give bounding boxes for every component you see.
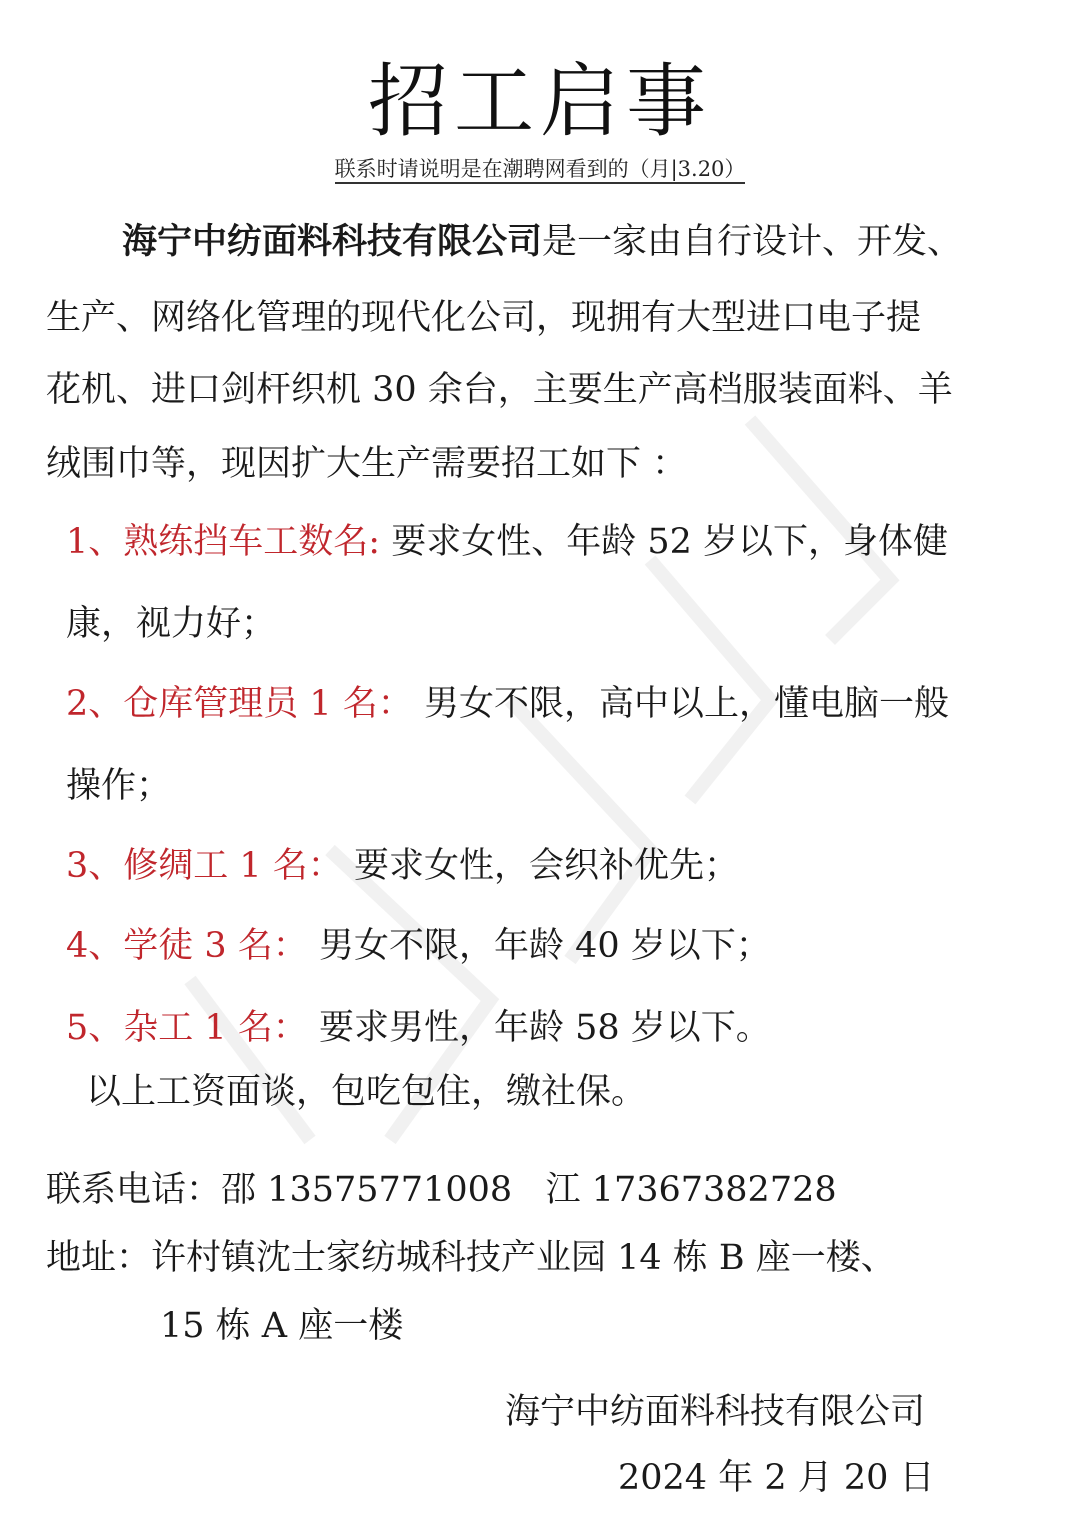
address-line-1: 地址：许村镇沈士家纺城科技产业园 14 栋 B 座一楼、 bbox=[46, 1238, 896, 1278]
intro-line-3: 花机、进口剑杆织机 30 余台，主要生产高档服装面料、羊 bbox=[46, 370, 953, 410]
watermark-graphic bbox=[130, 380, 1030, 1180]
position-item-1-cont: 康，视力好； bbox=[66, 604, 276, 644]
position-detail: 男女不限，高中以上，懂电脑一般 bbox=[424, 684, 949, 724]
position-heading: 2、仓库管理员 1 名： bbox=[66, 684, 413, 724]
contact-label: 联系电话： bbox=[46, 1170, 221, 1210]
position-item-2-cont: 操作； bbox=[66, 766, 171, 806]
address-text: 许村镇沈士家纺城科技产业园 14 栋 B 座一楼、 bbox=[151, 1238, 896, 1278]
address-line-2: 15 栋 A 座一楼 bbox=[160, 1306, 403, 1346]
position-heading: 1、熟练挡车工数名: bbox=[66, 522, 380, 562]
contact-line: 联系电话：邵 13575771008 江 17367382728 bbox=[46, 1170, 837, 1210]
signature-company: 海宁中纺面料科技有限公司 bbox=[505, 1392, 925, 1432]
position-item-5: 5、杂工 1 名： 要求男性，年龄 58 岁以下。 bbox=[66, 1008, 771, 1048]
intro-line-2: 生产、网络化管理的现代化公司，现拥有大型进口电子提 bbox=[46, 298, 921, 338]
intro-line-4: 绒围巾等，现因扩大生产需要招工如下 ： bbox=[46, 444, 687, 484]
position-item-1: 1、熟练挡车工数名: 要求女性、年龄 52 岁以下，身体健 bbox=[66, 522, 948, 562]
notice-title: 招工启事 bbox=[0, 52, 1080, 152]
position-item-2: 2、仓库管理员 1 名： 男女不限，高中以上，懂电脑一般 bbox=[66, 684, 949, 724]
address-label: 地址： bbox=[46, 1238, 151, 1278]
contact-name-1: 邵 bbox=[221, 1170, 256, 1210]
position-heading: 3、修绸工 1 名： bbox=[66, 846, 343, 886]
contact-name-2: 江 bbox=[546, 1170, 581, 1210]
position-item-3: 3、修绸工 1 名： 要求女性，会织补优先； bbox=[66, 846, 739, 886]
position-detail: 男女不限，年龄 40 岁以下； bbox=[319, 926, 771, 966]
company-name: 海宁中纺面料科技有限公司 bbox=[122, 221, 542, 262]
source-note: 联系时请说明是在潮聘网看到的（月|3.20） bbox=[335, 157, 746, 184]
position-detail: 要求男性，年龄 58 岁以下。 bbox=[319, 1008, 771, 1048]
position-detail: 要求女性，会织补优先； bbox=[354, 846, 739, 886]
contact-phone-1[interactable]: 13575771008 bbox=[267, 1170, 512, 1210]
position-detail: 要求女性、年龄 52 岁以下，身体健 bbox=[391, 522, 948, 562]
notice-subtitle: 联系时请说明是在潮聘网看到的（月|3.20） bbox=[0, 152, 1080, 186]
contact-phone-2[interactable]: 17367382728 bbox=[592, 1170, 837, 1210]
position-heading: 5、杂工 1 名： bbox=[66, 1008, 308, 1048]
benefits-line: 以上工资面谈，包吃包住，缴社保。 bbox=[86, 1072, 646, 1112]
position-heading: 4、学徒 3 名： bbox=[66, 926, 308, 966]
intro-line-1: 海宁中纺面料科技有限公司是一家由自行设计、开发、 bbox=[122, 222, 962, 262]
position-item-4: 4、学徒 3 名： 男女不限，年龄 40 岁以下； bbox=[66, 926, 771, 966]
signature-date: 2024 年 2 月 20 日 bbox=[618, 1458, 935, 1498]
